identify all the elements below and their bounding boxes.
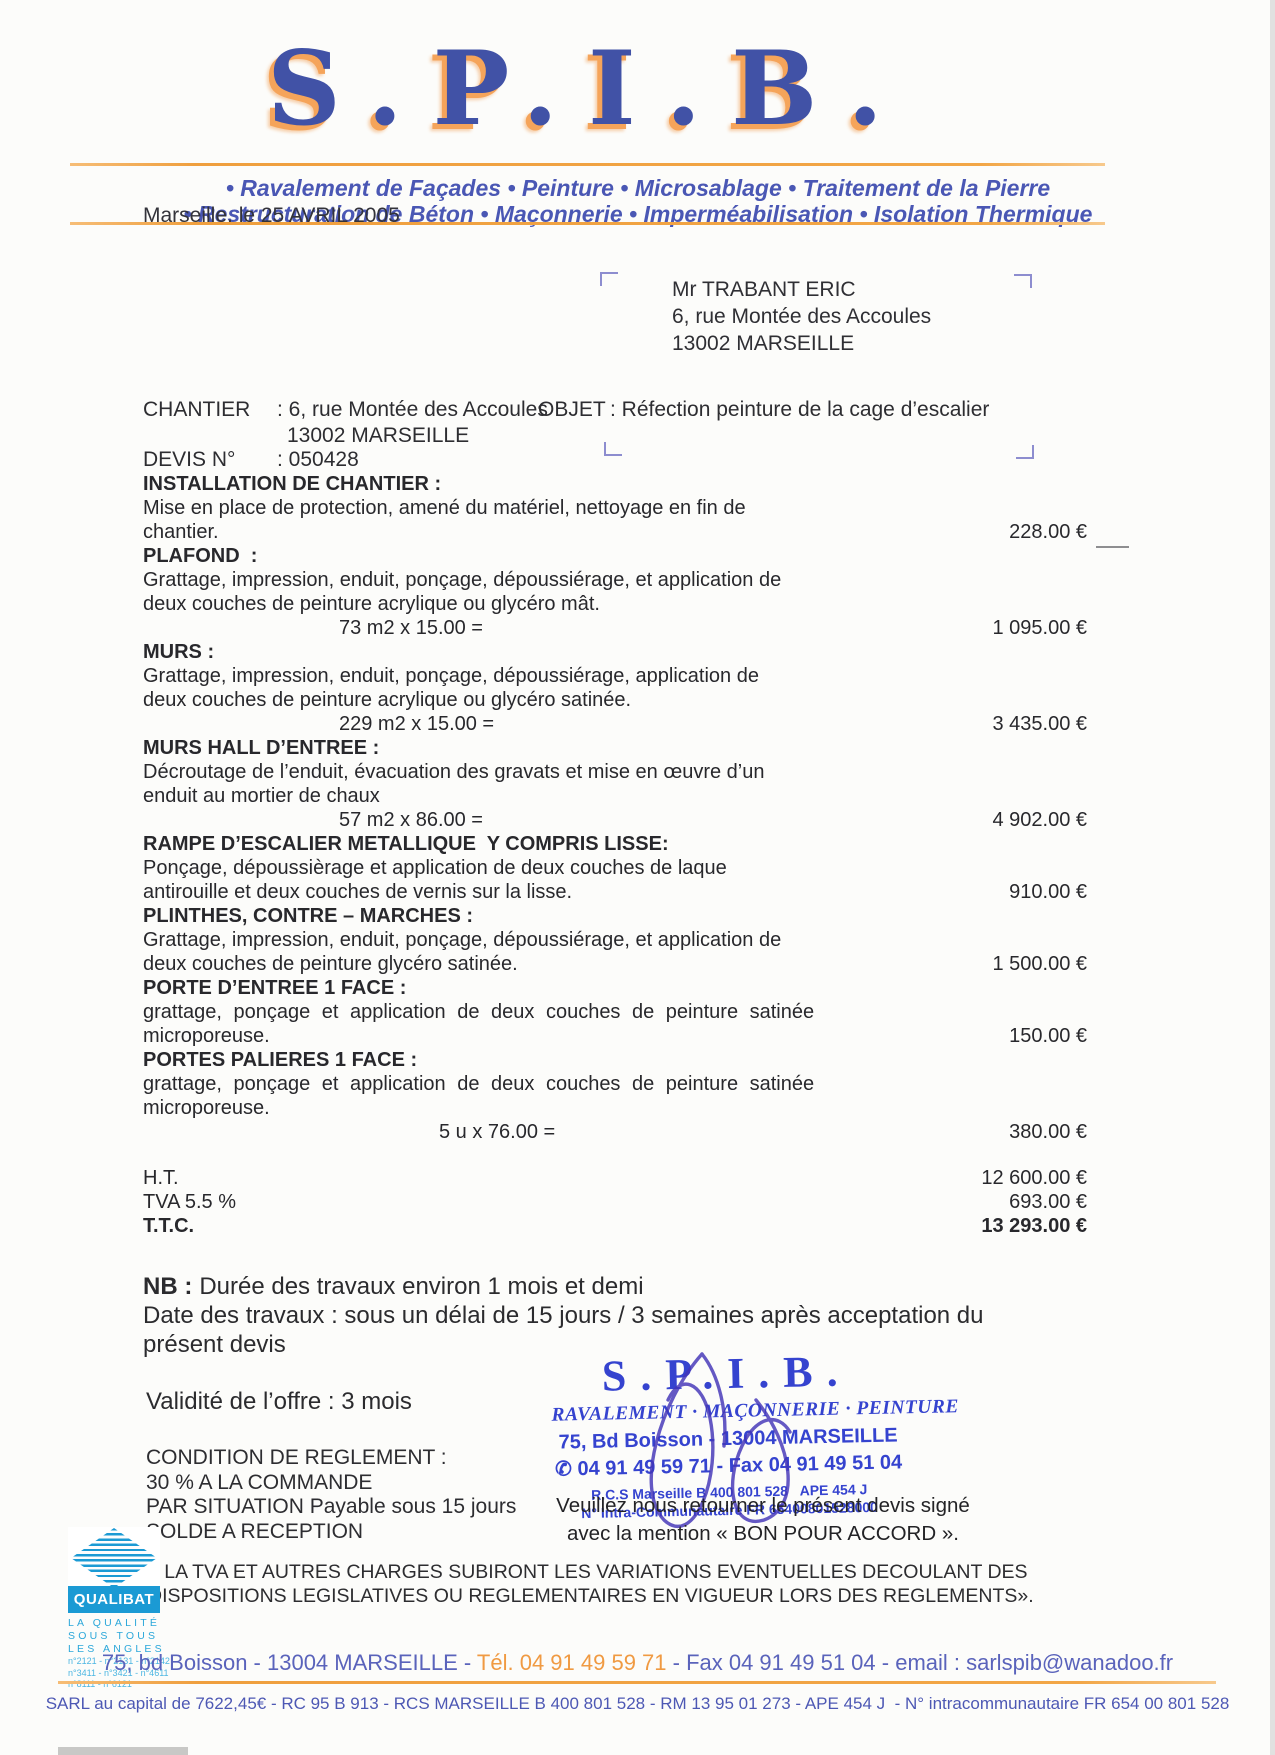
legal-disclaimer: « LA TVA ET AUTRES CHARGES SUBIRONT LES …: [148, 1560, 1034, 1608]
section-desc: chantier.: [143, 520, 219, 544]
section-title: RAMPE D’ESCALIER METALLIQUE Y COMPRIS LI…: [143, 832, 1087, 856]
footer-divider: [58, 1681, 1216, 1684]
devis-number-label: DEVIS N°: [143, 448, 235, 472]
section-desc: enduit au mortier de chaux: [143, 784, 380, 808]
section-desc: Grattage, impression, enduit, ponçage, d…: [143, 664, 759, 688]
section-price: 1 500.00 €: [992, 952, 1087, 976]
scan-artifact-dash: [1096, 546, 1129, 548]
section-desc: deux couches de peinture glycéro satinée…: [143, 952, 518, 976]
section-price: 910.00 €: [1009, 880, 1087, 904]
section-price: 380.00 €: [1009, 1120, 1087, 1144]
legal-line1: « LA TVA ET AUTRES CHARGES SUBIRONT LES …: [148, 1560, 1034, 1584]
address-window-bracket-bottom-left: [604, 442, 622, 456]
services-line-1: • Ravalement de Façades • Peinture • Mic…: [58, 175, 1218, 202]
nb-label: NB :: [143, 1273, 192, 1300]
total-ttc-label: T.T.C.: [143, 1214, 194, 1238]
section-porte-entree: PORTE D’ENTREE 1 FACE : grattage, ponçag…: [143, 976, 1087, 1048]
chantier-value: : 6, rue Montée des Accoules: [277, 398, 548, 422]
section-desc: Grattage, impression, enduit, ponçage, d…: [143, 568, 781, 592]
scan-artifact-strip: [58, 1747, 188, 1755]
address-window-bracket-top-left: [600, 272, 618, 286]
return-note-line2: avec la mention « BON POUR ACCORD ».: [548, 1520, 978, 1548]
section-title: PORTE D’ENTREE 1 FACE :: [143, 976, 1087, 1000]
notes-block: NB :Durée des travaux environ 1 mois et …: [143, 1272, 984, 1359]
qualibat-tagline-2: SOUS TOUS: [68, 1630, 170, 1643]
footer-address: 75, bd Boisson - 13004 MARSEILLE -: [102, 1650, 477, 1675]
section-portes-palieres: PORTES PALIERES 1 FACE : grattage, ponça…: [143, 1048, 1087, 1144]
chantier-value-city: 13002 MARSEILLE: [287, 424, 469, 448]
section-desc: microporeuse.: [143, 1096, 270, 1120]
totals-block: H.T. 12 600.00 € TVA 5.5 % 693.00 € T.T.…: [143, 1166, 1087, 1238]
section-quantity: 57 m2 x 86.00 =: [143, 808, 483, 832]
section-title: INSTALLATION DE CHANTIER :: [143, 472, 1087, 496]
payment-line3: SOLDE A RECEPTION: [146, 1520, 516, 1545]
section-title: MURS :: [143, 640, 1087, 664]
footer-phone: Tél. 04 91 49 59 71: [477, 1650, 667, 1675]
quote-line-items: INSTALLATION DE CHANTIER : Mise en place…: [143, 472, 1087, 1144]
devis-number-value: : 050428: [277, 448, 359, 472]
section-desc: Décroutage de l’enduit, évacuation des g…: [143, 760, 764, 784]
company-logo: S.P.I.B.: [0, 34, 1180, 144]
qualibat-name-band: QUALIBAT: [68, 1586, 160, 1613]
total-ht-value: 12 600.00 €: [981, 1166, 1087, 1190]
section-installation: INSTALLATION DE CHANTIER : Mise en place…: [143, 472, 1087, 544]
section-quantity: 73 m2 x 15.00 =: [143, 616, 483, 640]
return-note-line1: Veuillez nous retourner le présent devis…: [548, 1492, 978, 1520]
scan-edge-shadow: [1270, 0, 1275, 1755]
recipient-name: Mr TRABANT ERIC: [672, 276, 931, 303]
section-price: 3 435.00 €: [992, 712, 1087, 736]
section-title: MURS HALL D’ENTREE :: [143, 736, 1087, 760]
section-desc: antirouille et deux couches de vernis su…: [143, 880, 572, 904]
total-tva-label: TVA 5.5 %: [143, 1190, 236, 1214]
qualibat-pyramid-icon: QUALIBAT: [68, 1527, 160, 1613]
total-ttc-row: T.T.C. 13 293.00 €: [143, 1214, 1087, 1238]
section-quantity: 5 u x 76.00 =: [143, 1120, 555, 1144]
section-price: 228.00 €: [1009, 520, 1087, 544]
section-title: PORTES PALIERES 1 FACE :: [143, 1048, 1087, 1072]
address-window-bracket-bottom-right: [1016, 445, 1034, 459]
section-desc: grattage, ponçage et application de deux…: [143, 1000, 814, 1024]
section-plinthes: PLINTHES, CONTRE – MARCHES : Grattage, i…: [143, 904, 1087, 976]
payment-line1: 30 % A LA COMMANDE: [146, 1471, 516, 1496]
qualibat-diamond-icon: [71, 1528, 157, 1588]
footer-company-registration-line: SARL au capital de 7622,45€ - RC 95 B 91…: [0, 1694, 1275, 1714]
recipient-block: Mr TRABANT ERIC 6, rue Montée des Accoul…: [672, 276, 931, 357]
return-request-note: Veuillez nous retourner le présent devis…: [548, 1492, 978, 1548]
section-desc: Ponçage, dépoussièrage et application de…: [143, 856, 727, 880]
payment-conditions-block: CONDITION DE REGLEMENT : 30 % A LA COMMA…: [146, 1446, 516, 1544]
qualibat-tagline-1: LA QUALITÉ: [68, 1617, 170, 1630]
section-title: PLINTHES, CONTRE – MARCHES :: [143, 904, 1087, 928]
section-desc: grattage, ponçage et application de deux…: [143, 1072, 814, 1096]
section-price: 150.00 €: [1009, 1024, 1087, 1048]
section-desc: deux couches de peinture acrylique ou gl…: [143, 592, 600, 616]
section-rampe: RAMPE D’ESCALIER METALLIQUE Y COMPRIS LI…: [143, 832, 1087, 904]
recipient-address-line1: 6, rue Montée des Accoules: [672, 303, 931, 330]
address-window-bracket-top-right: [1014, 274, 1032, 288]
total-tva-value: 693.00 €: [1009, 1190, 1087, 1214]
section-title: PLAFOND :: [143, 544, 1087, 568]
section-murs-hall: MURS HALL D’ENTREE : Décroutage de l’end…: [143, 736, 1087, 832]
footer-fax-email: - Fax 04 91 49 51 04 - email : sarlspib@…: [667, 1650, 1174, 1675]
objet-value: : Réfection peinture de la cage d’escali…: [610, 398, 989, 422]
total-ht-row: H.T. 12 600.00 €: [143, 1166, 1087, 1190]
header-divider-bottom: [70, 222, 1105, 225]
legal-line2: DISPOSITIONS LEGISLATIVES OU REGLEMENTAI…: [148, 1584, 1034, 1608]
section-desc: Mise en place de protection, amené du ma…: [143, 496, 746, 520]
stamp-company-name: S.P.I.B.: [550, 1346, 903, 1401]
offer-validity: Validité de l’offre : 3 mois: [146, 1388, 412, 1416]
scanned-quote-document: S.P.I.B. • Ravalement de Façades • Peint…: [0, 0, 1275, 1755]
header-divider-top: [70, 163, 1105, 166]
recipient-address-line2: 13002 MARSEILLE: [672, 330, 931, 357]
chantier-label: CHANTIER: [143, 398, 250, 422]
total-tva-row: TVA 5.5 % 693.00 €: [143, 1190, 1087, 1214]
section-desc: microporeuse.: [143, 1024, 270, 1048]
payment-line2: PAR SITUATION Payable sous 15 jours: [146, 1495, 516, 1520]
payment-title: CONDITION DE REGLEMENT :: [146, 1446, 516, 1471]
nb-line: NB :Durée des travaux environ 1 mois et …: [143, 1272, 984, 1301]
section-murs: MURS : Grattage, impression, enduit, pon…: [143, 640, 1087, 736]
total-ttc-value: 13 293.00 €: [981, 1214, 1087, 1238]
section-desc: Grattage, impression, enduit, ponçage, d…: [143, 928, 781, 952]
section-price: 4 902.00 €: [992, 808, 1087, 832]
objet-label: OBJET: [538, 398, 606, 422]
section-desc: deux couches de peinture acrylique ou gl…: [143, 688, 631, 712]
section-price: 1 095.00 €: [992, 616, 1087, 640]
section-plafond: PLAFOND : Grattage, impression, enduit, …: [143, 544, 1087, 640]
footer-contact-line: 75, bd Boisson - 13004 MARSEILLE - Tél. …: [0, 1650, 1275, 1676]
works-date-line1: Date des travaux : sous un délai de 15 j…: [143, 1301, 984, 1330]
nb-text: Durée des travaux environ 1 mois et demi: [199, 1273, 643, 1300]
section-quantity: 229 m2 x 15.00 =: [143, 712, 494, 736]
total-ht-label: H.T.: [143, 1166, 179, 1190]
